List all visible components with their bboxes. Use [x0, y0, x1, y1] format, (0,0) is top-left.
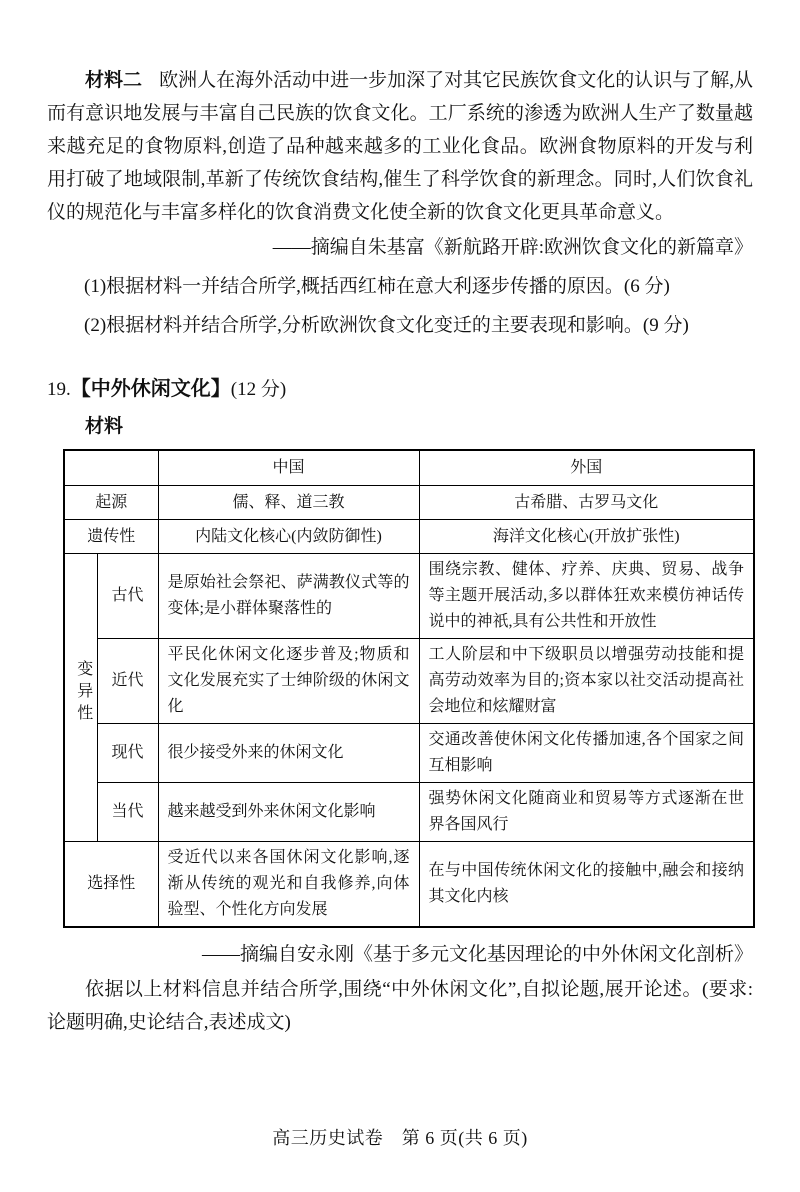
- material-two-text: 欧洲人在海外活动中进一步加深了对其它民族饮食文化的认识与了解,从而有意识地发展与…: [47, 70, 753, 223]
- origin-foreign: 古希腊、古罗马文化: [419, 486, 754, 520]
- variation-modern-foreign: 交通改善使休闲文化传播加速,各个国家之间互相影响: [419, 724, 754, 783]
- variation-modern-china: 很少接受外来的休闲文化: [158, 724, 419, 783]
- variation-contemporary-foreign: 强势休闲文化随商业和贸易等方式逐渐在世界各国风行: [419, 783, 754, 842]
- variation-early-modern-foreign: 工人阶层和中下级职员以增强劳动技能和提高劳动效率为目的;资本家以社交活动提高社会…: [419, 639, 754, 724]
- variation-early-modern-china: 平民化休闲文化逐步普及;物质和文化发展充实了士绅阶级的休闲文化: [158, 639, 419, 724]
- variation-contemporary-china: 越来越受到外来休闲文化影响: [158, 783, 419, 842]
- question-19-title: 【中外休闲文化】: [71, 378, 231, 400]
- table-row-origin: 起源 儒、释、道三教 古希腊、古罗马文化: [64, 486, 754, 520]
- selectivity-china: 受近代以来各国休闲文化影响,逐渐从传统的观光和自我修养,向体验型、个性化方向发展: [158, 842, 419, 928]
- question-19-score: (12 分): [231, 379, 286, 400]
- material-two-source: ——摘编自朱基富《新航路开辟:欧洲饮食文化的新篇章》: [47, 231, 753, 264]
- era-label-early-modern: 近代: [97, 639, 158, 724]
- exam-page: 材料二欧洲人在海外活动中进一步加深了对其它民族饮食文化的认识与了解,从而有意识地…: [0, 0, 800, 1039]
- table-row-variation-contemporary: 当代 越来越受到外来休闲文化影响 强势休闲文化随商业和贸易等方式逐渐在世界各国风…: [64, 783, 754, 842]
- question-19-heading: 19.【中外休闲文化】(12 分): [47, 376, 753, 403]
- variation-group-label: 变异性: [64, 554, 97, 842]
- era-label-contemporary: 当代: [97, 783, 158, 842]
- origin-china: 儒、释、道三教: [158, 486, 419, 520]
- table-row-variation-modern: 现代 很少接受外来的休闲文化 交通改善使休闲文化传播加速,各个国家之间互相影响: [64, 724, 754, 783]
- table-row-variation-early-modern: 近代 平民化休闲文化逐步普及;物质和文化发展充实了士绅阶级的休闲文化 工人阶层和…: [64, 639, 754, 724]
- question-19-task: 依据以上材料信息并结合所学,围绕“中外休闲文化”,自拟论题,展开论述。(要求:论…: [47, 973, 753, 1039]
- material-two-label: 材料二: [85, 70, 142, 91]
- heredity-china: 内陆文化核心(内敛防御性): [158, 520, 419, 554]
- table-row-selectivity: 选择性 受近代以来各国休闲文化影响,逐渐从传统的观光和自我修养,向体验型、个性化…: [64, 842, 754, 928]
- heredity-foreign: 海洋文化核心(开放扩张性): [419, 520, 754, 554]
- era-label-ancient: 古代: [97, 554, 158, 639]
- table-header-row: 中国 外国: [64, 450, 754, 486]
- table-row-heredity: 遗传性 内陆文化核心(内敛防御性) 海洋文化核心(开放扩张性): [64, 520, 754, 554]
- era-label-modern: 现代: [97, 724, 158, 783]
- question-1: (1)根据材料一并结合所学,概括西红柿在意大利逐步传播的原因。(6 分): [47, 270, 753, 303]
- question-2: (2)根据材料并结合所学,分析欧洲饮食文化变迁的主要表现和影响。(9 分): [47, 309, 753, 342]
- table-row-variation-ancient: 变异性 古代 是原始社会祭祀、萨满教仪式等的变体;是小群体聚落性的 围绕宗教、健…: [64, 554, 754, 639]
- table-header-foreign: 外国: [419, 450, 754, 486]
- question-19-number: 19.: [47, 379, 71, 400]
- selectivity-label: 选择性: [64, 842, 158, 928]
- variation-ancient-china: 是原始社会祭祀、萨满教仪式等的变体;是小群体聚落性的: [158, 554, 419, 639]
- selectivity-foreign: 在与中国传统休闲文化的接触中,融会和接纳其文化内核: [419, 842, 754, 928]
- origin-label: 起源: [64, 486, 158, 520]
- heredity-label: 遗传性: [64, 520, 158, 554]
- question-19-source: ——摘编自安永刚《基于多元文化基因理论的中外休闲文化剖析》: [47, 938, 753, 971]
- variation-ancient-foreign: 围绕宗教、健体、疗养、庆典、贸易、战争等主题开展活动,多以群体狂欢来模仿神话传说…: [419, 554, 754, 639]
- material-label: 材料: [85, 415, 753, 439]
- table-corner-cell: [64, 450, 158, 486]
- leisure-culture-table: 中国 外国 起源 儒、释、道三教 古希腊、古罗马文化 遗传性 内陆文化核心(内敛…: [63, 449, 755, 928]
- page-footer: 高三历史试卷 第 6 页(共 6 页): [0, 1124, 800, 1150]
- table-header-china: 中国: [158, 450, 419, 486]
- material-two-paragraph: 材料二欧洲人在海外活动中进一步加深了对其它民族饮食文化的认识与了解,从而有意识地…: [47, 64, 753, 229]
